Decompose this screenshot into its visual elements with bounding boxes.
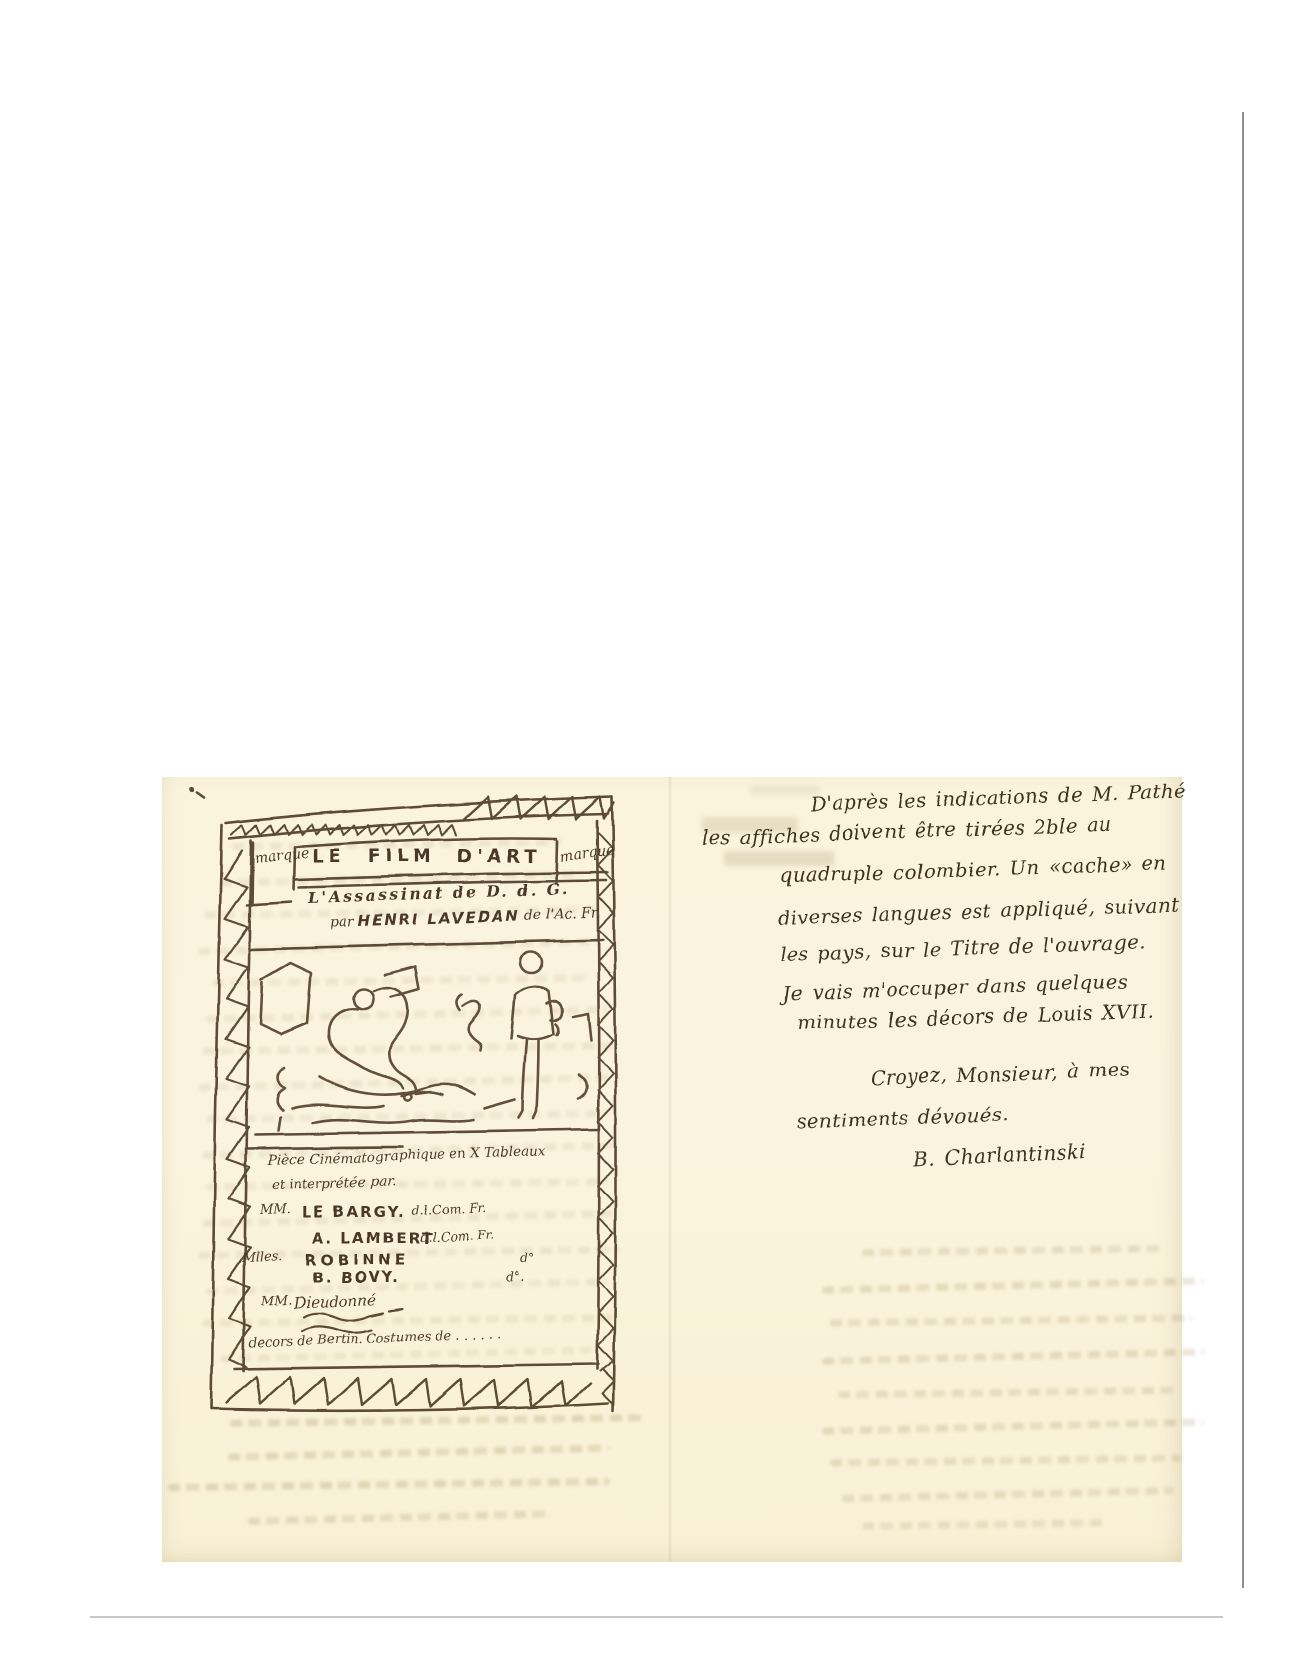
letter-line: quadruple colombier. Un «cache» en bbox=[780, 852, 1168, 889]
letter-signature: B. Charlantinski bbox=[912, 1139, 1086, 1172]
letter-line: diverses langues est appliqué, suivant bbox=[777, 893, 1180, 930]
page-canvas: marque LE FILM D'ART marque L'Assassinat… bbox=[0, 0, 1301, 1672]
vertical-rule bbox=[1242, 112, 1244, 1588]
scanned-letter-page: marque LE FILM D'ART marque L'Assassinat… bbox=[162, 777, 1182, 1562]
horizontal-rule bbox=[90, 1616, 1223, 1618]
letter-closing-line: Croyez, Monsieur, à mes bbox=[870, 1058, 1131, 1090]
letter-line: D'après les indications de M. Pathé bbox=[810, 780, 1186, 816]
letter-line: minutes les décors de Louis XVII. bbox=[797, 1000, 1154, 1036]
letter-line: les affiches doivent être tirées 2ble au bbox=[702, 813, 1113, 851]
letter-line: les pays, sur le Titre de l'ouvrage. bbox=[780, 930, 1146, 966]
letter-line: Je vais m'occuper dans quelques bbox=[783, 970, 1128, 1005]
letter-closing-line: sentiments dévoués. bbox=[797, 1103, 1010, 1134]
letter-text: D'après les indications de M. Pathé les … bbox=[162, 777, 1182, 1562]
